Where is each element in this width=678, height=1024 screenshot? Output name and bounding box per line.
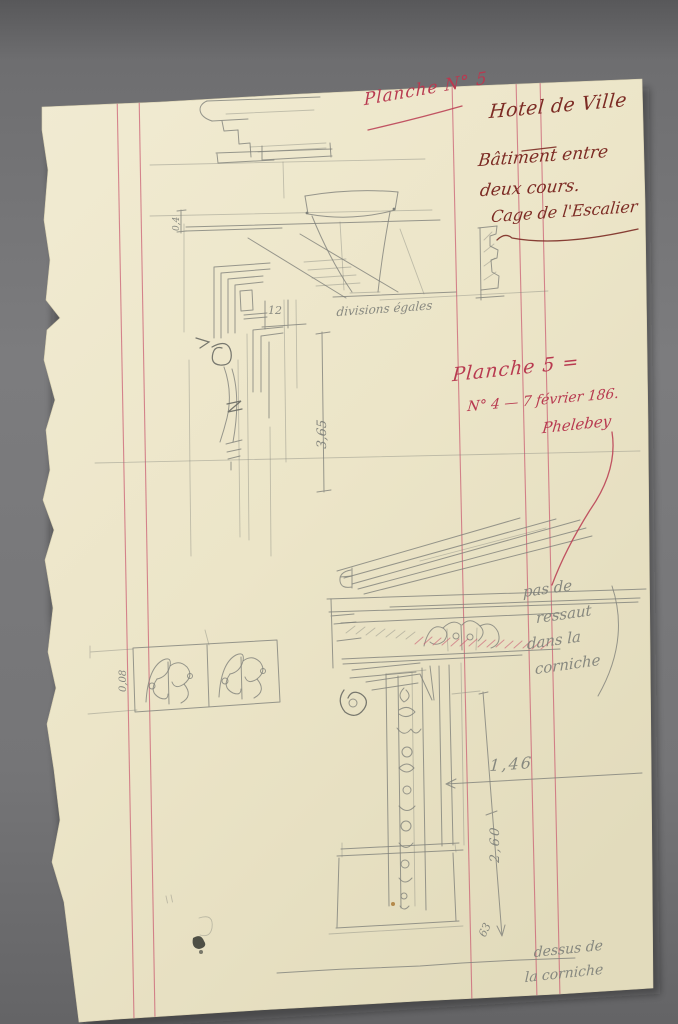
dim-12: 12: [268, 305, 282, 316]
scanned-drawing-photo: Planche N° 5 Hotel de Ville Bâtiment ent…: [0, 0, 678, 1024]
dim-0-08: 0,08: [119, 670, 129, 692]
dim-2-60: 2,60: [489, 825, 502, 863]
dim-1-46: 1,46: [489, 755, 534, 774]
dim-3-65: 3,65: [316, 419, 329, 449]
dim-0-4: 0,4: [173, 217, 182, 231]
